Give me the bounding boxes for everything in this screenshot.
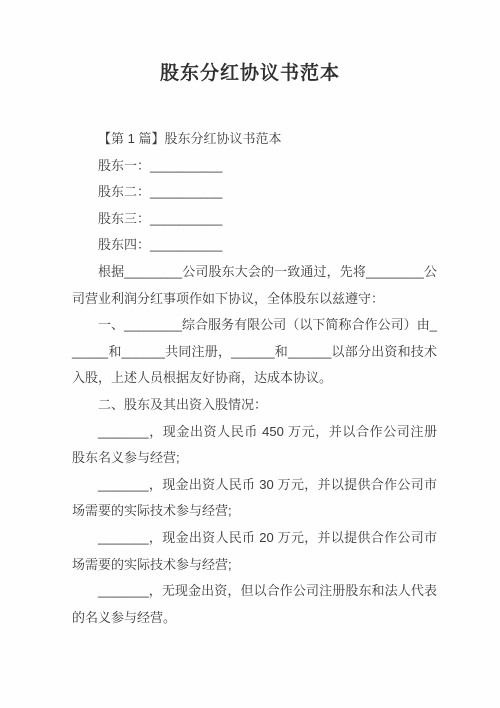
shareholder-line-1: 股东一：__________ — [72, 153, 437, 180]
contribution-paragraph-4: _______，无现金出资，但以合作公司注册股东和法人代表的名义参与经营。 — [72, 578, 437, 631]
shareholder-line-4: 股东四：__________ — [72, 232, 437, 259]
contribution-paragraph-2: _______，现金出资人民币 30 万元，并以提供合作公司市场需要的实际技术参… — [72, 472, 437, 525]
contribution-paragraph-1: _______，现金出资人民币 450 万元，并以合作公司注册股东名义参与经营; — [72, 419, 437, 472]
preamble-paragraph: 根据________公司股东大会的一致通过，先将________公司营业利润分红… — [72, 259, 437, 312]
clause-1-paragraph: 一、________综合服务有限公司（以下简称合作公司）由______和____… — [72, 312, 437, 392]
contribution-paragraph-3: _______，现金出资人民币 20 万元，并以提供合作公司市场需要的实际技术参… — [72, 525, 437, 578]
document-page: 股东分红协议书范本 【第 1 篇】股东分红协议书范本 股东一：_________… — [0, 0, 500, 708]
document-title: 股东分红协议书范本 — [0, 62, 500, 86]
shareholder-line-3: 股东三：__________ — [72, 206, 437, 233]
document-body: 【第 1 篇】股东分红协议书范本 股东一：__________ 股东二：____… — [72, 126, 437, 631]
section-heading: 【第 1 篇】股东分红协议书范本 — [72, 126, 437, 153]
clause-2-heading: 二、股东及其出资入股情况： — [72, 392, 437, 419]
shareholder-line-2: 股东二：__________ — [72, 179, 437, 206]
